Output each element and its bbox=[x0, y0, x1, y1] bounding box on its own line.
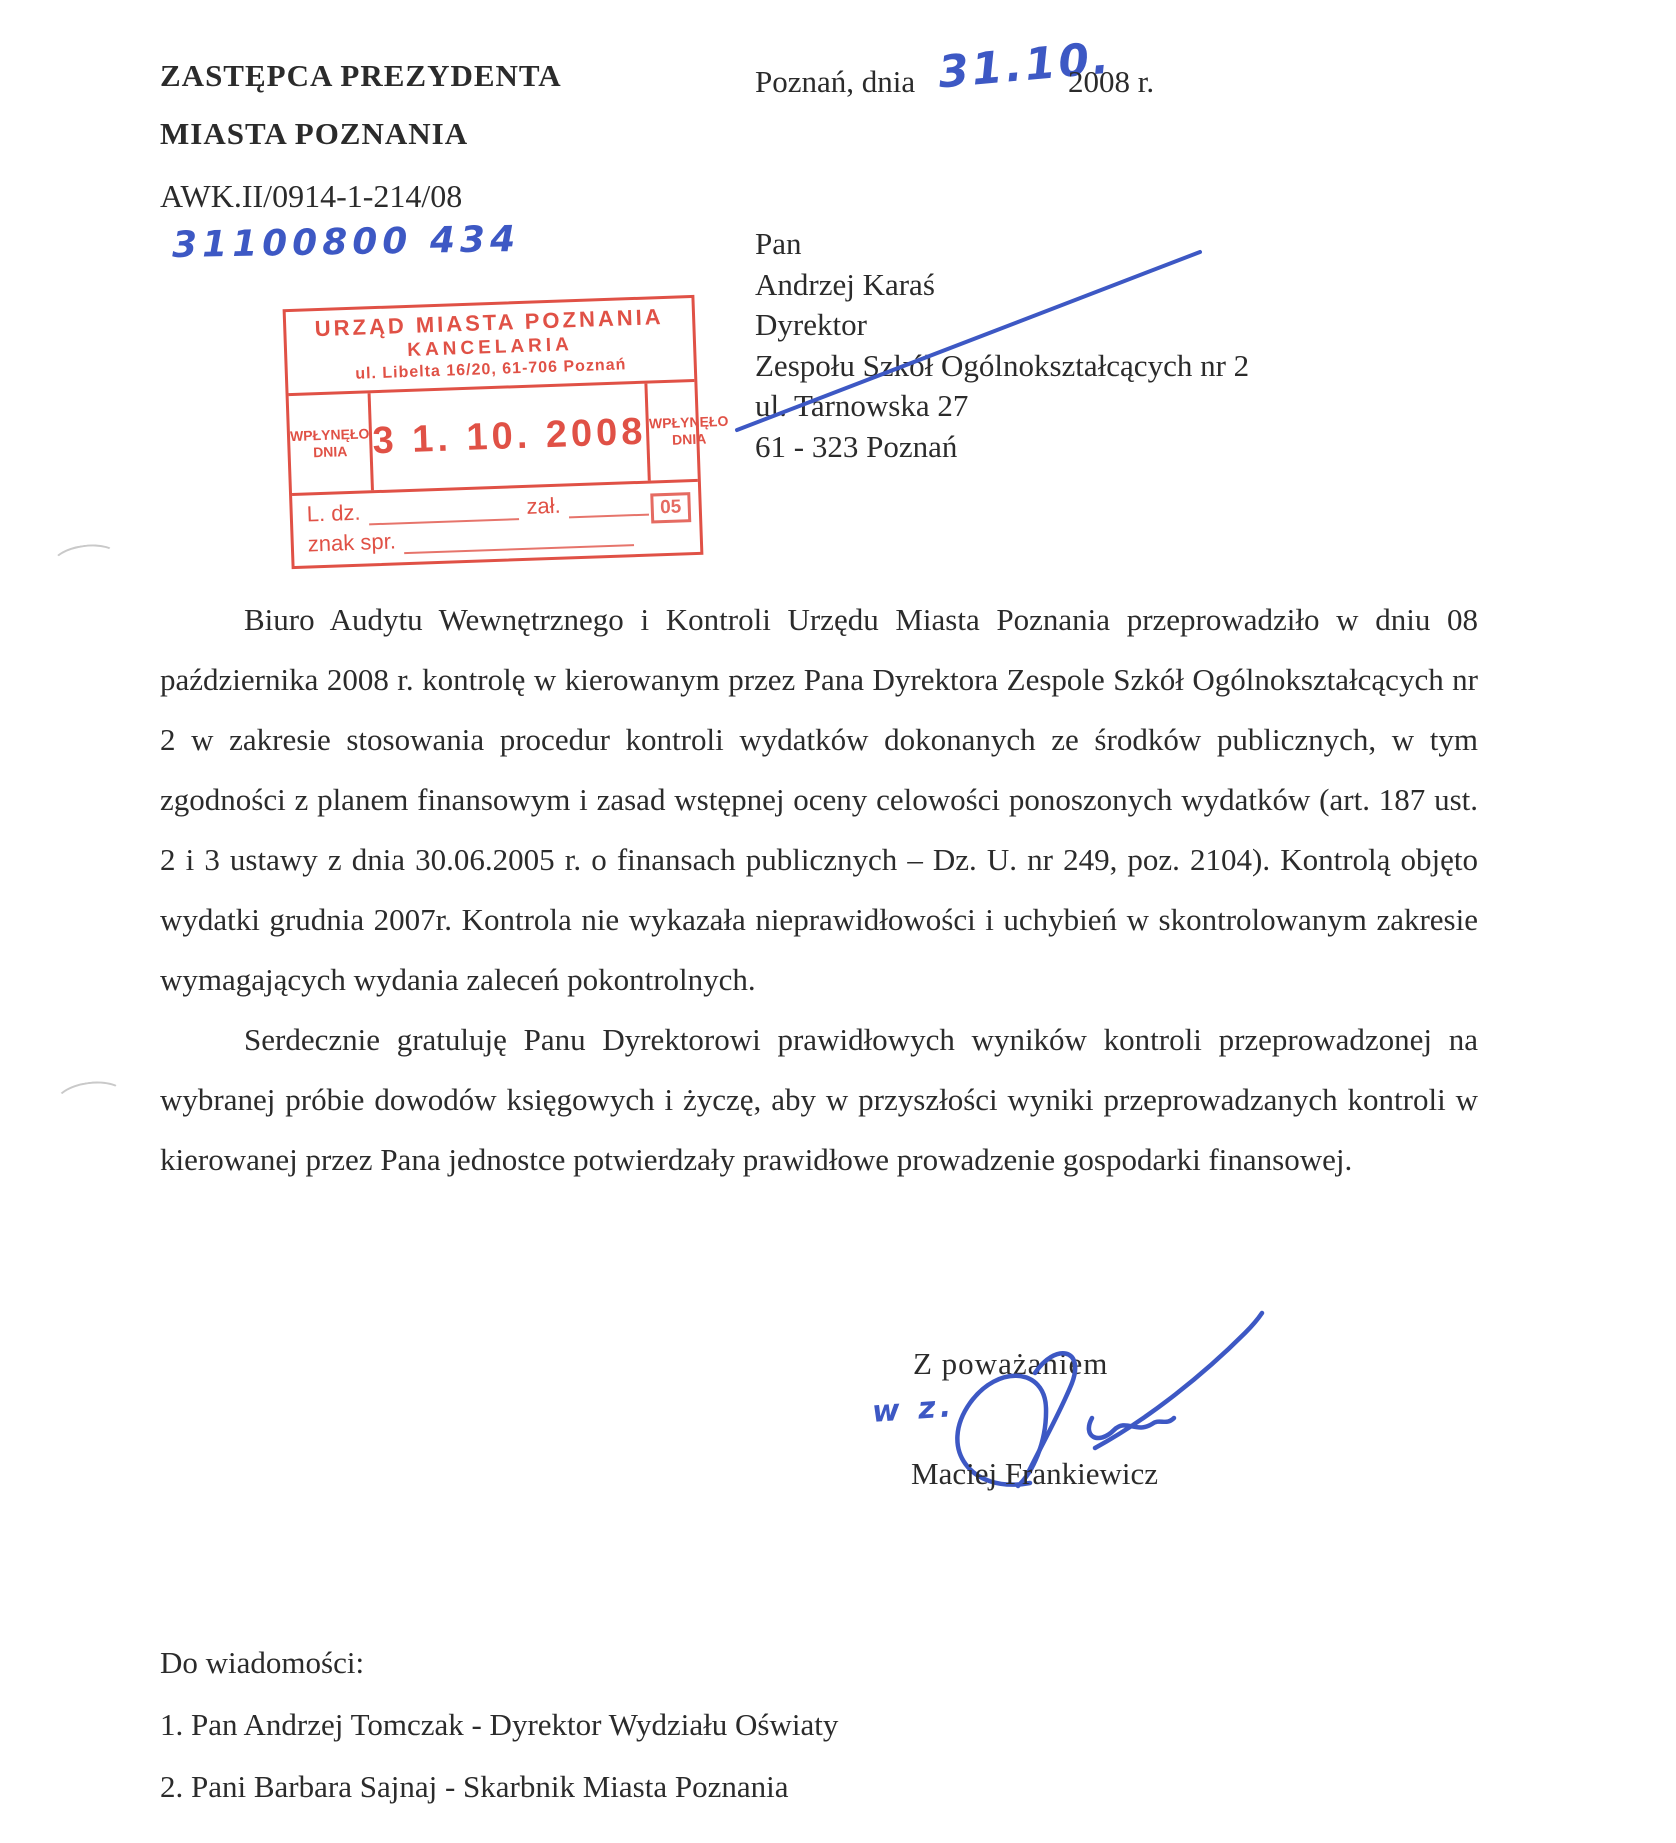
stamp-zal-label: zał. bbox=[526, 493, 561, 520]
year-suffix: 2008 r. bbox=[1068, 64, 1154, 100]
stamp-registry-section: L. dz. zał. znak spr. 05 bbox=[292, 482, 700, 566]
place-date-label: Poznań, dnia bbox=[755, 64, 915, 100]
stamp-header: URZĄD MIASTA POZNANIA KANCELARIA ul. Lib… bbox=[286, 298, 695, 396]
stamp-ldz-line bbox=[368, 494, 519, 525]
letter-page: ZASTĘPCA PREZYDENTA MIASTA POZNANIA AWK.… bbox=[0, 0, 1676, 1843]
cc-block: Do wiadomości: 1. Pan Andrzej Tomczak - … bbox=[160, 1632, 838, 1818]
stamp-received-date: 3 1. 10. 2008 bbox=[371, 384, 648, 490]
reference-number: AWK.II/0914-1-214/08 bbox=[160, 178, 462, 215]
stamp-received-label-left: WPŁYNĘŁO DNIA bbox=[289, 393, 375, 493]
stamp-zal-line bbox=[568, 490, 649, 519]
handwritten-registry-number: 31100800 434 bbox=[172, 219, 521, 266]
pen-strike-line bbox=[725, 242, 1210, 442]
body-paragraph-1: Biuro Audytu Wewnętrznego i Kontroli Urz… bbox=[160, 590, 1478, 1010]
cc-item-2: 2. Pani Barbara Sajnaj - Skarbnik Miasta… bbox=[160, 1756, 838, 1818]
stamp-code-box: 05 bbox=[650, 492, 691, 523]
stamp-znak-label: znak spr. bbox=[307, 528, 396, 557]
letter-body: Biuro Audytu Wewnętrznego i Kontroli Urz… bbox=[160, 590, 1478, 1190]
stamp-znak-line bbox=[403, 520, 634, 554]
body-paragraph-2: Serdecznie gratuluję Panu Dyrektorowi pr… bbox=[160, 1010, 1478, 1190]
sender-title-line2: MIASTA POZNANIA bbox=[160, 116, 468, 152]
stamp-ldz-label: L. dz. bbox=[306, 500, 361, 528]
cc-item-1: 1. Pan Andrzej Tomczak - Dyrektor Wydzia… bbox=[160, 1694, 838, 1756]
pencil-mark-top bbox=[50, 541, 120, 580]
signer-name: Maciej Frankiewicz bbox=[911, 1456, 1158, 1492]
pencil-mark-bottom bbox=[53, 1077, 127, 1120]
office-received-stamp: URZĄD MIASTA POZNANIA KANCELARIA ul. Lib… bbox=[283, 295, 704, 569]
cc-label: Do wiadomości: bbox=[160, 1632, 838, 1694]
sender-title-line1: ZASTĘPCA PREZYDENTA bbox=[160, 58, 562, 94]
stamp-received-label-right: WPŁYNĘŁO DNIA bbox=[645, 381, 731, 481]
